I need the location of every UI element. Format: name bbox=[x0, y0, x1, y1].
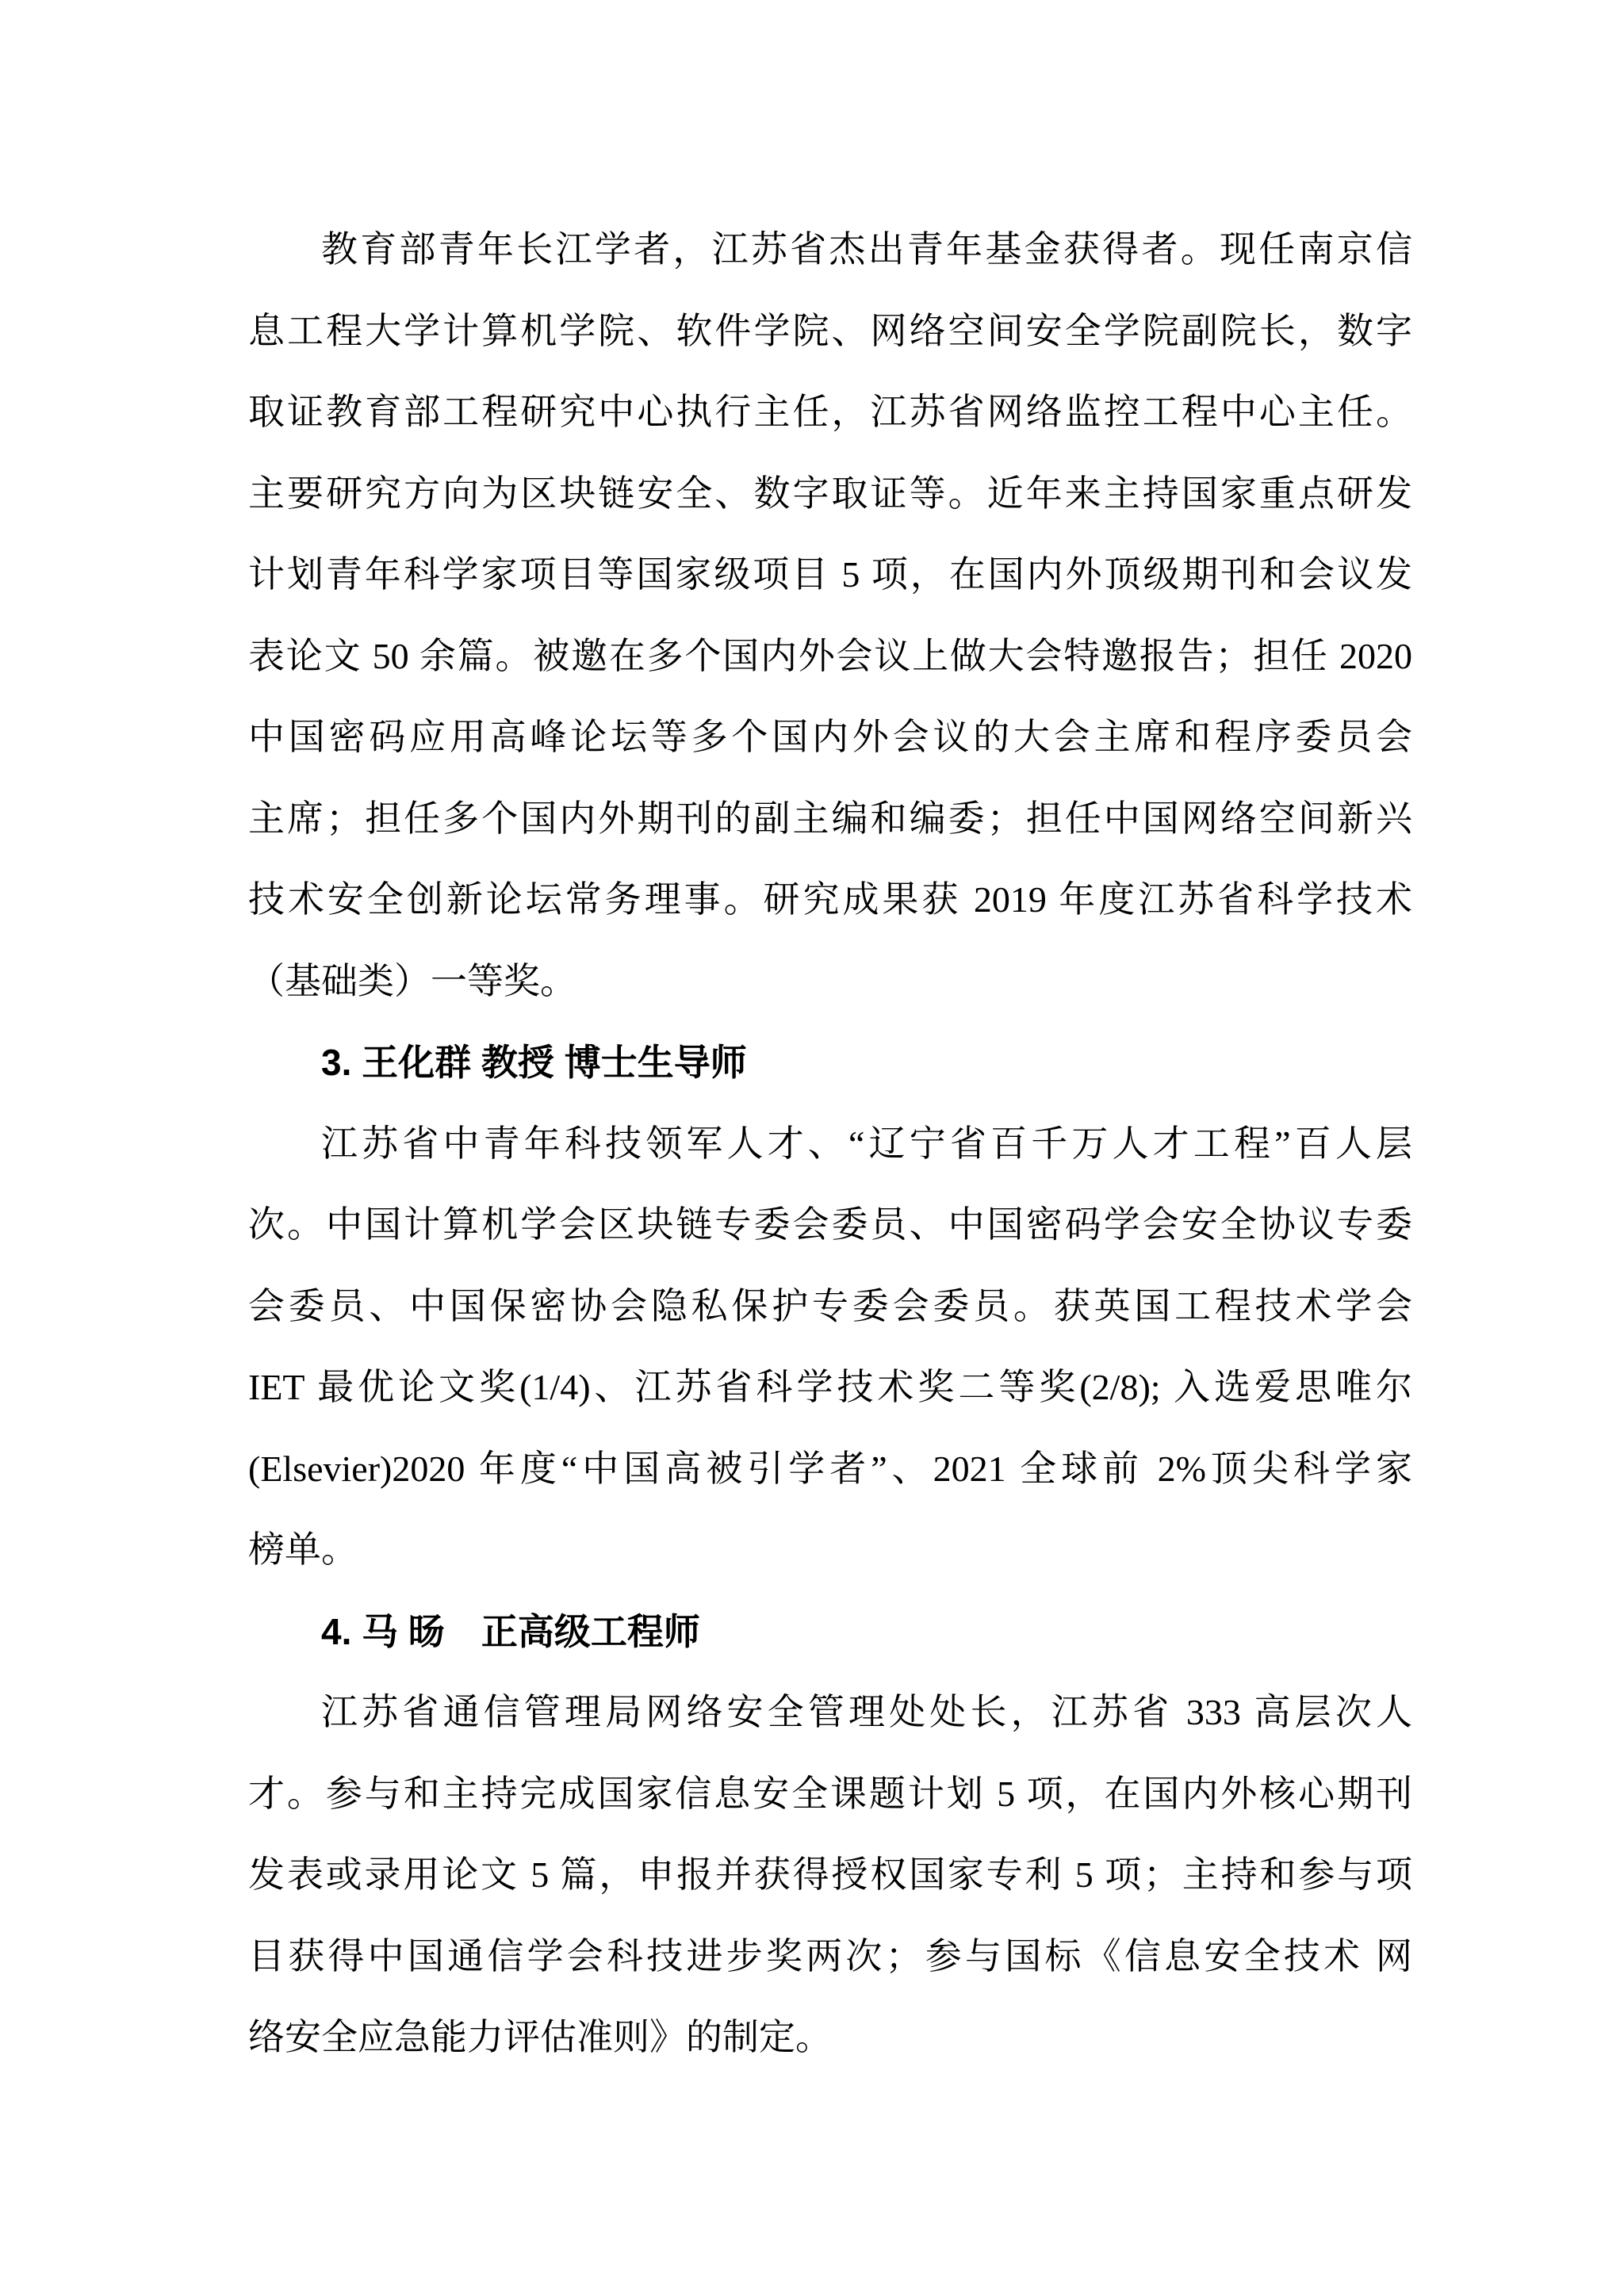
text-line: 江苏省中青年科技领军人才、“辽宁省百千万人才工程”百人层 bbox=[248, 1104, 1412, 1185]
text-line: 发表或录用论文 5 篇，申报并获得授权国家专利 5 项；主持和参与项 bbox=[248, 1835, 1412, 1916]
text-line: 络安全应急能力评估准则》的制定。 bbox=[248, 1997, 1412, 2079]
text-line: 表论文 50 余篇。被邀在多个国内外会议上做大会特邀报告；担任 2020 bbox=[248, 616, 1412, 698]
text-line: 才。参与和主持完成国家信息安全课题计划 5 项，在国内外核心期刊 bbox=[248, 1754, 1412, 1835]
section-heading: 4. 马 旸 正高级工程师 bbox=[248, 1591, 1412, 1673]
text-line: 息工程大学计算机学院、软件学院、网络空间安全学院副院长，数字 bbox=[248, 291, 1412, 373]
text-line: (Elsevier)2020 年度“中国高被引学者”、2021 全球前 2%顶尖… bbox=[248, 1429, 1412, 1510]
text-line: 江苏省通信管理局网络安全管理处处长，江苏省 333 高层次人 bbox=[248, 1672, 1412, 1754]
text-line: 次。中国计算机学会区块链专委会委员、中国密码学会安全协议专委 bbox=[248, 1184, 1412, 1266]
text-line: 技术安全创新论坛常务理事。研究成果获 2019 年度江苏省科学技术 bbox=[248, 859, 1412, 941]
text-line: 计划青年科学家项目等国家级项目 5 项，在国内外顶级期刊和会议发 bbox=[248, 534, 1412, 616]
text-line: 主席；担任多个国内外期刊的副主编和编委；担任中国网络空间新兴 bbox=[248, 779, 1412, 860]
document-page: 教育部青年长江学者，江苏省杰出青年基金获得者。现任南京信 息工程大学计算机学院、… bbox=[0, 0, 1624, 2296]
text-block: 教育部青年长江学者，江苏省杰出青年基金获得者。现任南京信 息工程大学计算机学院、… bbox=[248, 209, 1412, 2079]
text-line: IET 最优论文奖(1/4)、江苏省科学技术奖二等奖(2/8); 入选爱思唯尔 bbox=[248, 1347, 1412, 1429]
text-line: 主要研究方向为区块链安全、数字取证等。近年来主持国家重点研发 bbox=[248, 453, 1412, 535]
text-line: 目获得中国通信学会科技进步奖两次；参与国标《信息安全技术 网 bbox=[248, 1916, 1412, 1998]
text-line: 取证教育部工程研究中心执行主任，江苏省网络监控工程中心主任。 bbox=[248, 372, 1412, 453]
text-line: 会委员、中国保密协会隐私保护专委会委员。获英国工程技术学会 bbox=[248, 1266, 1412, 1348]
text-line: 中国密码应用高峰论坛等多个国内外会议的大会主席和程序委员会 bbox=[248, 697, 1412, 779]
section-heading: 3. 王化群 教授 博士生导师 bbox=[248, 1022, 1412, 1104]
text-line: 榜单。 bbox=[248, 1510, 1412, 1591]
text-line: （基础类）一等奖。 bbox=[248, 941, 1412, 1023]
text-line: 教育部青年长江学者，江苏省杰出青年基金获得者。现任南京信 bbox=[248, 209, 1412, 291]
